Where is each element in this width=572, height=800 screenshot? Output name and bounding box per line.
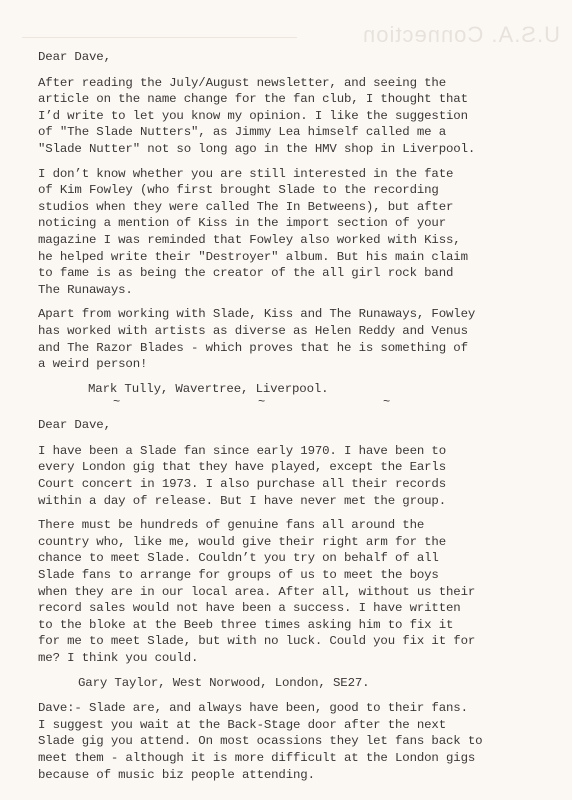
bleed-through-rule: [22, 37, 297, 38]
letter-salutation: Dear Dave,: [38, 49, 538, 66]
letter-paragraph: There must be hundreds of genuine fans a…: [38, 517, 538, 666]
tilde-mark: ~: [258, 394, 265, 411]
editor-reply: Dave:- Slade are, and always have been, …: [38, 700, 538, 783]
letter-1: Dear Dave, After reading the July/August…: [38, 49, 538, 397]
letter-paragraph: I don’t know whether you are still inter…: [38, 166, 538, 299]
tilde-mark: ~: [383, 394, 390, 411]
letters-column: Dear Dave, After reading the July/August…: [38, 49, 538, 791]
letter-signature: Mark Tully, Wavertree, Liverpool.: [88, 381, 538, 398]
letter-separator: ~ ~ ~: [38, 397, 538, 413]
letter-2: Dear Dave, I have been a Slade fan since…: [38, 417, 538, 691]
letter-paragraph: Apart from working with Slade, Kiss and …: [38, 306, 538, 372]
letter-signature: Gary Taylor, West Norwood, London, SE27.: [78, 675, 538, 692]
letter-paragraph: After reading the July/August newsletter…: [38, 75, 538, 158]
letter-salutation: Dear Dave,: [38, 417, 538, 434]
letter-paragraph: I have been a Slade fan since early 1970…: [38, 443, 538, 509]
tilde-mark: ~: [113, 394, 120, 411]
newsletter-page: U.S.A. Connection Dear Dave, After readi…: [0, 0, 572, 800]
bleed-through-title: U.S.A. Connection: [300, 22, 560, 48]
